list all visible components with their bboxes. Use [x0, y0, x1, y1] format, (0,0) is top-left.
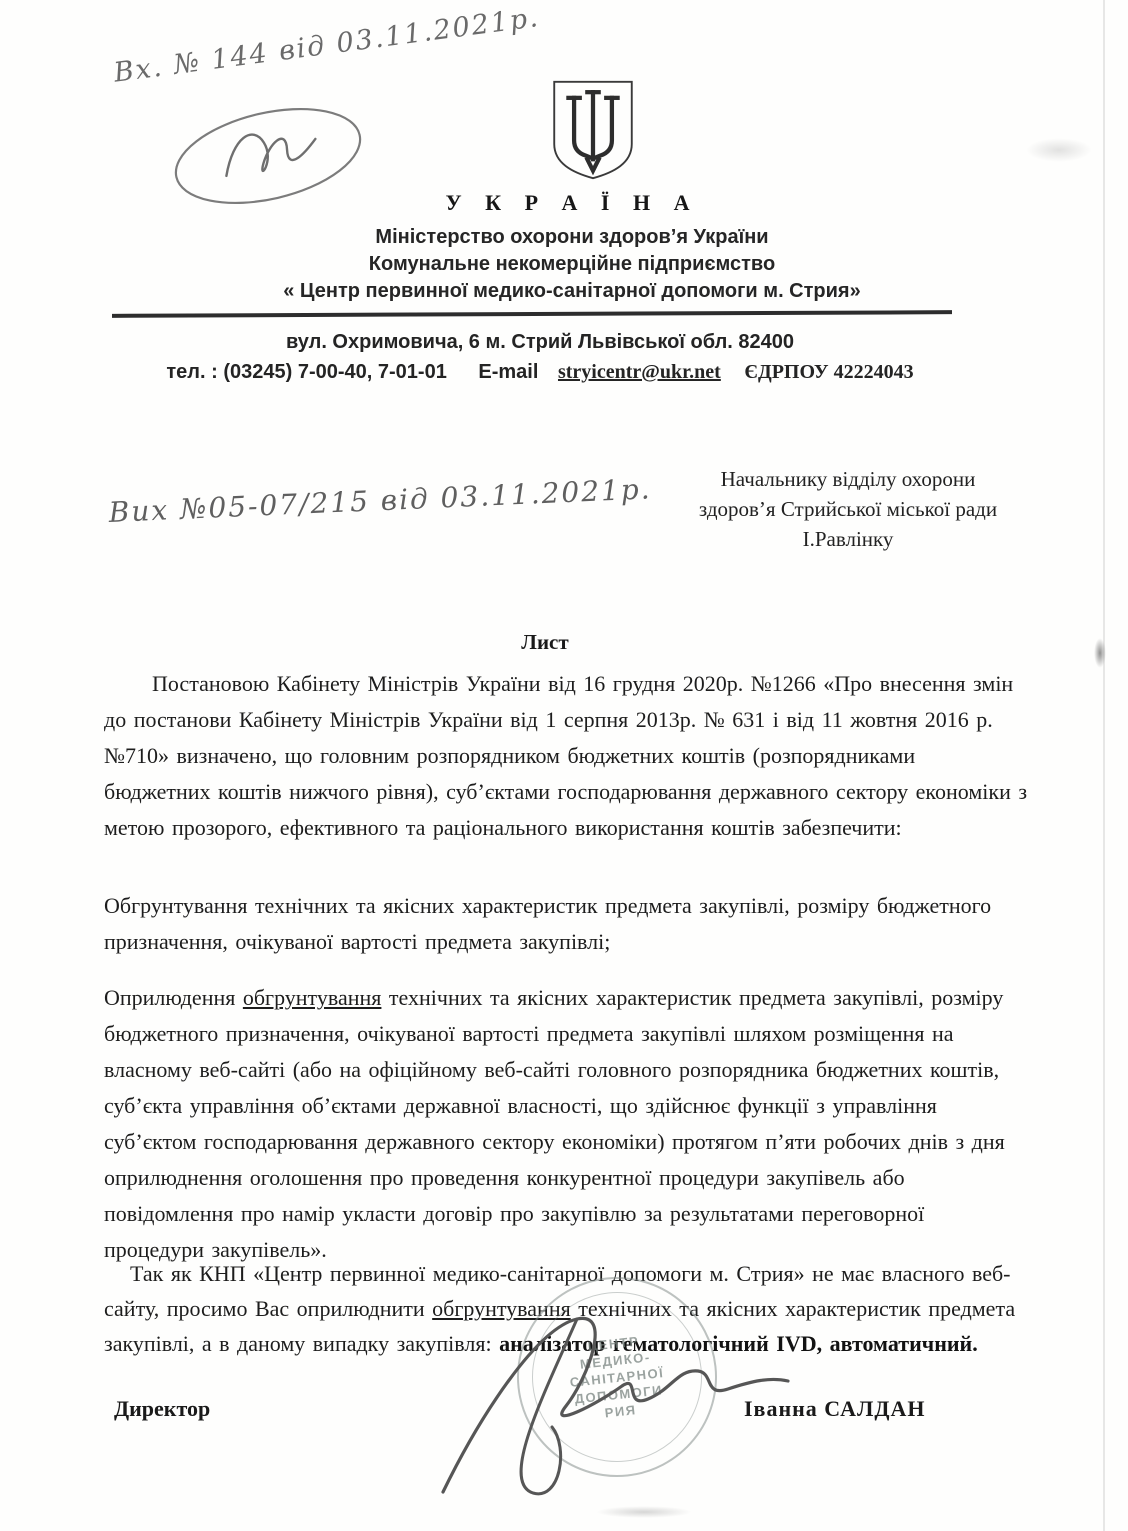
email-address: stryicentr@ukr.net [558, 361, 721, 383]
edrpou-code: ЄДРПОУ 42224043 [744, 361, 913, 383]
handwritten-incoming-number: Вх. № 144 від 03.11.2021р. [112, 2, 541, 89]
paragraph-justification: Обгрунтування технічних та якісних харак… [104, 888, 1029, 960]
country-name: У К Р А Ї Н А [147, 190, 997, 216]
phone-number: тел. : (03245) 7-00-40, 7-01-01 [166, 361, 446, 383]
recipient-line: здоров’я Стрийської міської ради [668, 494, 1028, 524]
scan-artifact [1094, 638, 1106, 668]
recipient-block: Начальнику відділу охорони здоров’я Стри… [668, 464, 1028, 554]
ministry-name: Міністерство охорони здоров’я України [147, 224, 997, 251]
scan-artifact [1026, 138, 1092, 162]
contact-line: тел. : (03245) 7-00-40, 7-01-01 E-mail s… [110, 357, 970, 387]
letterhead-divider [112, 310, 952, 318]
letterhead: У К Р А Ї Н А Міністерство охорони здоро… [147, 190, 997, 305]
signer-position: Директор [114, 1396, 210, 1422]
organization-name: « Центр первинної медико-санітарної допо… [147, 278, 997, 305]
letter-title: Лист [0, 630, 1090, 655]
text-segment: технічних та якісних характеристик предм… [104, 985, 1005, 1262]
ukraine-trident-emblem-icon [545, 78, 641, 182]
text-segment: Оприлюдення [104, 985, 243, 1010]
paragraph-resolution: Постановою Кабінету Міністрів України ві… [104, 666, 1029, 846]
scanned-letter-page: Вх. № 144 від 03.11.2021р. У К Р А Ї Н А… [0, 0, 1128, 1531]
handwritten-outgoing-number: Вих №05-07/215 від 03.11.2021р. [108, 472, 652, 529]
paragraph-publication: Оприлюдення обгрунтування технічних та я… [104, 980, 1029, 1268]
recipient-name: І.Равлінку [668, 524, 1028, 554]
scan-artifact [596, 1506, 692, 1518]
underlined-term: обгрунтування [243, 985, 382, 1010]
scan-artifact [1103, 0, 1105, 1531]
signer-name: Іванна САЛДАН [744, 1396, 926, 1422]
address-line: вул. Охримовича, 6 м. Стрий Львівської о… [110, 327, 970, 357]
email-label: E-mail [478, 361, 538, 383]
address-block: вул. Охримовича, 6 м. Стрий Львівської о… [110, 327, 970, 387]
recipient-line: Начальнику відділу охорони [668, 464, 1028, 494]
organization-type: Комунальне некомерційне підприємство [147, 251, 997, 278]
